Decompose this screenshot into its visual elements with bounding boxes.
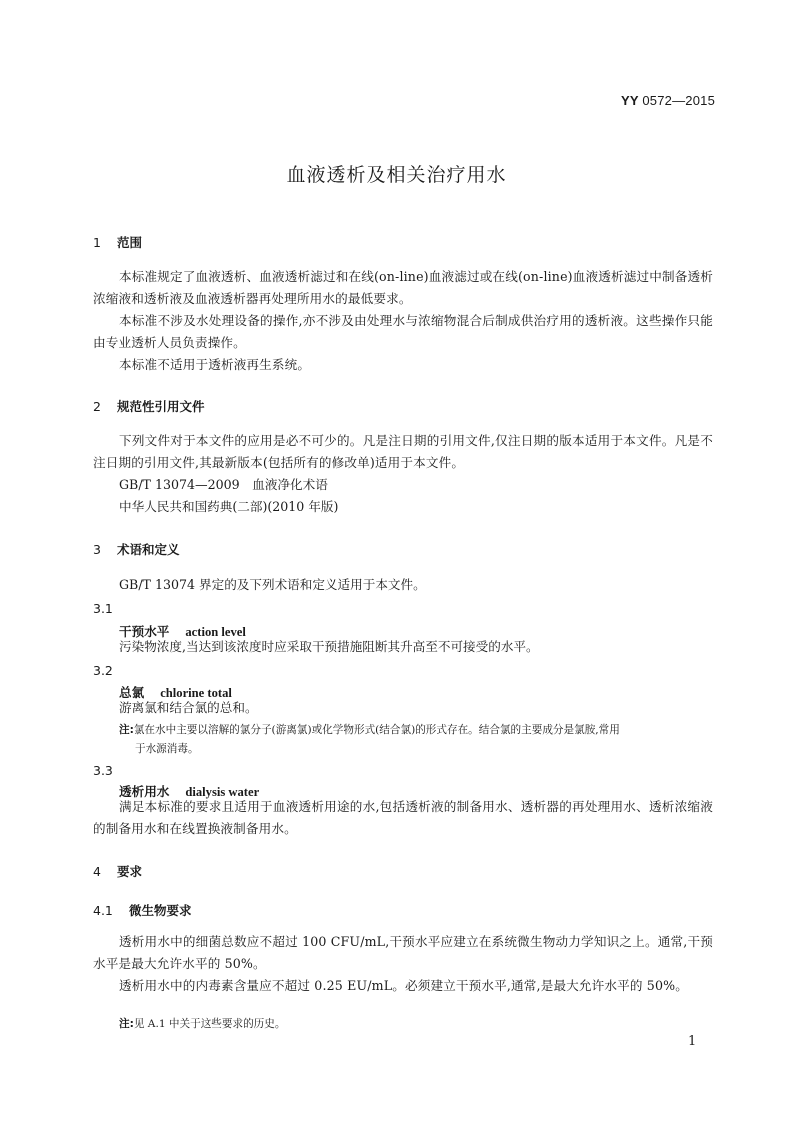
section-number: 2 — [93, 399, 117, 414]
standard-prefix: YY — [621, 93, 639, 108]
subsection-4-1-heading: 4.1微生物要求 — [93, 901, 192, 919]
section-title: 范围 — [117, 235, 142, 250]
scope-paragraph-3: 本标准不适用于透析液再生系统。 — [93, 354, 713, 376]
microbiology-note: 注:见 A.1 中关于这些要求的历史。 — [119, 1015, 713, 1034]
subsection-number: 4.1 — [93, 903, 129, 918]
microbiology-paragraph-2: 透析用水中的内毒素含量应不超过 0.25 EU/mL。必须建立干预水平,通常,是… — [93, 975, 713, 997]
microbiology-paragraph-1: 透析用水中的细菌总数应不超过 100 CFU/mL,干预水平应建立在系统微生物动… — [93, 931, 713, 975]
term-number: 3.2 — [93, 663, 113, 678]
note-text: 氯在水中主要以溶解的氯分子(游离氯)或化学物形式(结合氯)的形式存在。结合氯的主… — [134, 724, 620, 736]
term-definition: 满足本标准的要求且适用于血液透析用途的水,包括透析液的制备用水、透析器的再处理用… — [93, 796, 713, 840]
normative-paragraph: 下列文件对于本文件的应用是必不可少的。凡是注日期的引用文件,仅注日期的版本适用于… — [93, 430, 713, 474]
scope-paragraph-2: 本标准不涉及水处理设备的操作,亦不涉及由处理水与浓缩物混合后制成供治疗用的透析液… — [93, 310, 713, 354]
term-note: 注:氯在水中主要以溶解的氯分子(游离氯)或化学物形式(结合氯)的形式存在。结合氯… — [119, 721, 713, 759]
term-definition: 游离氯和结合氯的总和。 — [119, 697, 258, 719]
section-number: 1 — [93, 235, 117, 250]
standard-code: YY 0572—2015 — [621, 93, 715, 108]
note-label: 注: — [119, 1018, 134, 1030]
term-number: 3.3 — [93, 763, 113, 778]
standard-number: 0572—2015 — [642, 93, 715, 108]
section-3-heading: 3术语和定义 — [93, 540, 180, 558]
terms-intro: GB/T 13074 界定的及下列术语和定义适用于本文件。 — [119, 574, 426, 596]
note-text: 见 A.1 中关于这些要求的历史。 — [134, 1018, 286, 1030]
section-number: 4 — [93, 864, 117, 879]
note-label: 注: — [119, 724, 134, 736]
term-number: 3.1 — [93, 601, 113, 616]
section-title: 要求 — [117, 864, 142, 879]
reference-item-1: GB/T 13074—2009 血液净化术语 — [119, 474, 328, 496]
subsection-title: 微生物要求 — [129, 903, 192, 918]
page-number: 1 — [688, 1034, 696, 1049]
section-number: 3 — [93, 542, 117, 557]
note-text-continued: 于水源消毒。 — [119, 740, 713, 759]
document-title: 血液透析及相关治疗用水 — [0, 160, 793, 187]
term-definition: 污染物浓度,当达到该浓度时应采取干预措施阻断其升高至不可接受的水平。 — [119, 636, 539, 658]
section-title: 规范性引用文件 — [117, 399, 205, 414]
scope-paragraph-1: 本标准规定了血液透析、血液透析滤过和在线(on-line)血液滤过或在线(on-… — [93, 266, 713, 310]
section-4-heading: 4要求 — [93, 862, 142, 880]
section-1-heading: 1范围 — [93, 233, 142, 251]
section-title: 术语和定义 — [117, 542, 180, 557]
section-2-heading: 2规范性引用文件 — [93, 397, 205, 415]
reference-item-2: 中华人民共和国药典(二部)(2010 年版) — [119, 496, 338, 518]
